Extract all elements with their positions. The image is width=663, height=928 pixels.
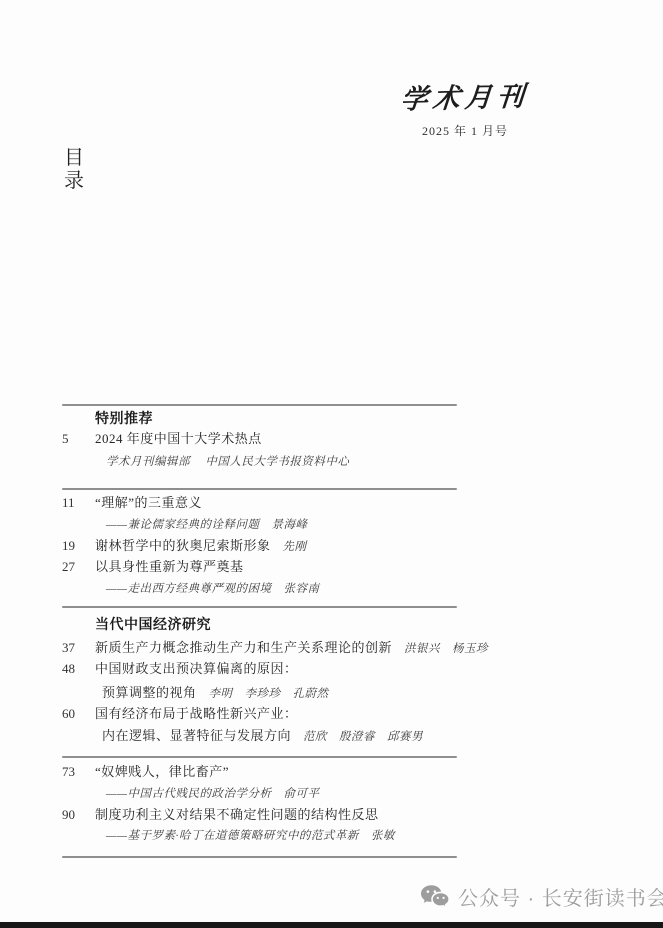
entry-page-number: 5 (62, 430, 95, 447)
entry-page-number: 27 (62, 558, 95, 575)
section-divider (62, 488, 457, 490)
toc-entry: 52024 年度中国十大学术热点 (62, 430, 462, 447)
toc-entry: 90制度功利主义对结果不确定性问题的结构性反思 (62, 806, 462, 823)
entry-authors: 张敏 (371, 830, 395, 842)
entry-page-number: 37 (62, 639, 95, 656)
wechat-icon (420, 884, 450, 909)
entry-authors: 范欣 殷澄睿 邱赛男 (303, 731, 423, 743)
entry-title: 谢林哲学中的狄奥尼索斯形象 (95, 538, 271, 553)
journal-title: 学术月刊 (398, 74, 531, 116)
section-header: 特别推荐 (62, 410, 495, 427)
entry-title: “理解”的三重意义 (95, 495, 202, 510)
entry-authors: 洪银兴 杨玉珍 (404, 643, 488, 655)
entry-subtitle-text: ——中国古代贱民的政治学分析 (106, 788, 271, 800)
entry-page-number: 90 (62, 806, 95, 823)
entry-title: 国有经济布局于战略性新兴产业： (95, 706, 298, 721)
entry-title: 制度功利主义对结果不确定性问题的结构性反思 (95, 807, 379, 822)
entry-authors: 景海峰 (271, 519, 307, 531)
entry-title: 新质生产力概念推动生产力和生产关系理论的创新 (95, 640, 392, 655)
entry-authors: 李明 李珍珍 孔蔚然 (209, 688, 329, 700)
entry-subtitle-text: ——走出西方经典尊严观的困境 (106, 583, 271, 595)
toc-label-char: 录 (63, 170, 85, 193)
entry-page-number: 60 (62, 705, 95, 722)
toc-label-char: 目 (63, 147, 85, 170)
entry-authors: 先刚 (283, 541, 307, 553)
entry-title-text: 内在逻辑、显著特征与发展方向 (102, 728, 291, 743)
entry-subtitle-text: ——基于罗素·哈丁在道德策略研究中的范式革新 (106, 830, 359, 842)
entry-subtitle: ——兼论儒家经典的诠释问题景海峰 (62, 517, 506, 534)
entry-page-number: 48 (62, 660, 95, 677)
entry-title: 以具身性重新为尊严奠基 (95, 559, 244, 574)
entry-page-number: 19 (62, 537, 95, 554)
journal-masthead: 学术月刊 2025 年 1 月号 (400, 76, 530, 139)
section-header: 当代中国经济研究 (62, 616, 495, 633)
section-divider (62, 404, 457, 406)
journal-toc-page: 学术月刊 2025 年 1 月号 目 录 特别推荐 52024 年度中国十大学术… (0, 0, 663, 928)
section-divider (62, 756, 457, 758)
toc-entry: 73“奴婢贱人，律比畜产” (62, 763, 462, 780)
entry-title-text: 预算调整的视角 (102, 685, 197, 700)
watermark: 公众号 · 长安街读书会 (420, 882, 663, 911)
entry-subtitle: ——中国古代贱民的政治学分析俞可平 (62, 786, 506, 803)
entry-title-continuation: 预算调整的视角李明 李珍珍 孔蔚然 (62, 684, 502, 703)
watermark-text: 公众号 · 长安街读书会 (458, 882, 663, 911)
entry-authors-line: 学术月刊编辑部 中国人民大学书报资料中心 (62, 454, 506, 471)
entry-subtitle: ——走出西方经典尊严观的困境张容南 (62, 581, 506, 598)
entry-title-continuation: 内在逻辑、显著特征与发展方向范欣 殷澄睿 邱赛男 (62, 727, 502, 746)
entry-title: 中国财政支出预决算偏离的原因： (95, 661, 298, 676)
entry-page-number: 11 (62, 494, 95, 511)
toc-entry: 60国有经济布局于战略性新兴产业： (62, 705, 462, 722)
section-divider (62, 606, 457, 608)
entry-subtitle-text: ——兼论儒家经典的诠释问题 (106, 519, 259, 531)
toc-label: 目 录 (63, 147, 85, 193)
entry-title: “奴婢贱人，律比畜产” (95, 764, 229, 779)
page-bottom-edge (0, 922, 663, 928)
entry-page-number: 73 (62, 763, 95, 780)
toc-entry: 19谢林哲学中的狄奥尼索斯形象先刚 (62, 537, 462, 556)
entry-authors: 俞可平 (283, 788, 319, 800)
entry-subtitle: ——基于罗素·哈丁在道德策略研究中的范式革新张敏 (62, 828, 506, 845)
toc-entry: 48中国财政支出预决算偏离的原因： (62, 660, 462, 677)
entry-authors: 张容南 (283, 583, 319, 595)
section-divider (62, 856, 457, 858)
toc-entry: 27以具身性重新为尊严奠基 (62, 558, 462, 575)
issue-label: 2025 年 1 月号 (400, 122, 530, 139)
entry-title: 2024 年度中国十大学术热点 (95, 431, 262, 446)
toc-entry: 11“理解”的三重意义 (62, 494, 462, 511)
toc-entry: 37新质生产力概念推动生产力和生产关系理论的创新洪银兴 杨玉珍 (62, 639, 462, 658)
